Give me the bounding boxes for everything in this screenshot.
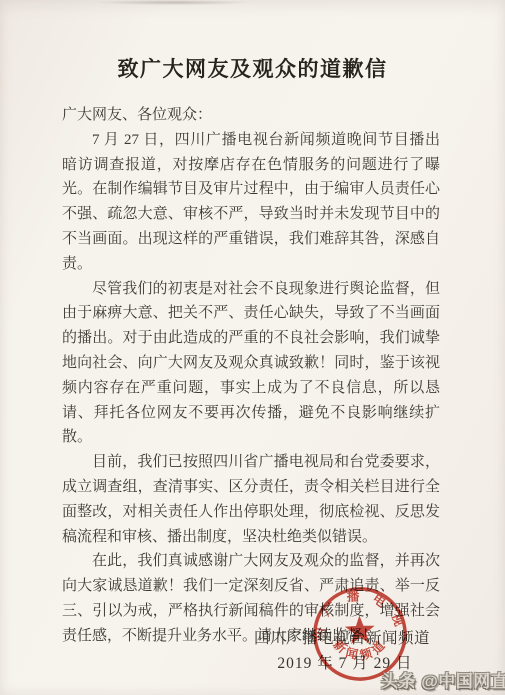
- letter-body: 广大网友、各位观众： 7 月 27 日，四川广播电视台新闻频道晚间节目播出暗访调…: [62, 103, 440, 649]
- letter-title: 致广大网友及观众的道歉信: [0, 53, 505, 83]
- paragraph-2: 尽管我们的初衷是对社会不良现象进行舆论监督，但由于麻痹大意、把关不严、责任心缺失…: [62, 277, 440, 451]
- seal-bottom-text: 新闻频道: [330, 635, 391, 664]
- svg-text:新闻频道: 新闻频道: [330, 635, 391, 664]
- seal-star-icon: [344, 615, 375, 644]
- paper-edge-shadow: [98, 0, 248, 5]
- paragraph-3: 目前，我们已按照四川省广播电视局和台党委要求，成立调查组，查清事实、区分责任，责…: [62, 450, 440, 549]
- paragraph-1: 7 月 27 日，四川广播电视台新闻频道晚间节目播出暗访调查报道，对按摩店存在色…: [62, 128, 440, 277]
- salutation: 广大网友、各位观众：: [62, 103, 440, 128]
- toutiao-watermark: 头条 @中国网直播: [381, 667, 505, 692]
- apology-letter-document: 致广大网友及观众的道歉信 广大网友、各位观众： 7 月 27 日，四川广播电视台…: [0, 0, 505, 695]
